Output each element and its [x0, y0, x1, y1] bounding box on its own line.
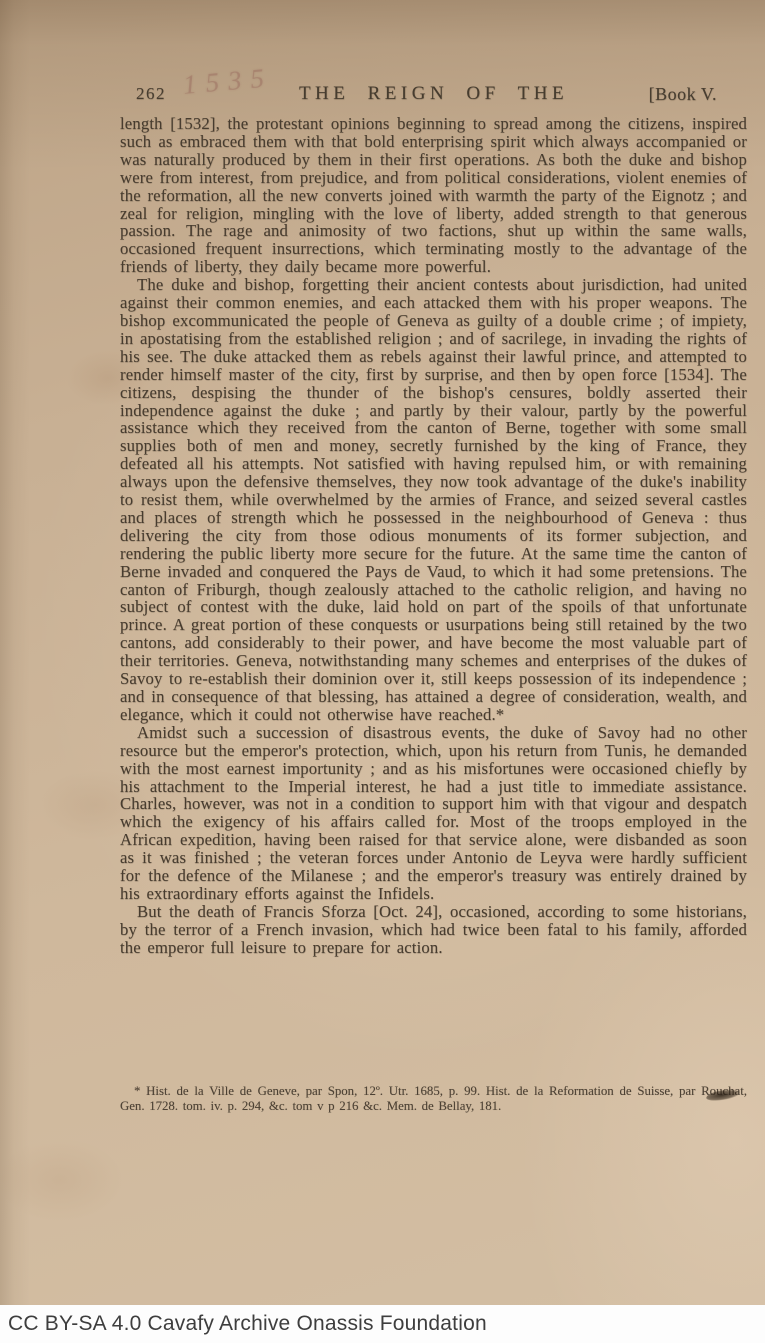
license-caption: CC BY-SA 4.0 Cavafy Archive Onassis Foun…: [0, 1312, 487, 1336]
book-page-scan: 262 1535 THE REIGN OF THE [Book V. lengt…: [0, 0, 765, 1343]
body-paragraph: Amidst such a succession of disastrous e…: [120, 724, 747, 903]
license-bar: CC BY-SA 4.0 Cavafy Archive Onassis Foun…: [0, 1305, 765, 1343]
body-paragraph: But the death of Francis Sforza [Oct. 24…: [120, 903, 747, 957]
body-paragraph: length [1532], the protestant opinions b…: [120, 115, 747, 276]
book-volume-label: [Book V.: [649, 84, 717, 105]
body-paragraph: The duke and bishop, forgetting their an…: [120, 276, 747, 724]
footnote: * Hist. de la Ville de Geneve, par Spon,…: [120, 1084, 747, 1113]
page-body: length [1532], the protestant opinions b…: [120, 115, 747, 957]
